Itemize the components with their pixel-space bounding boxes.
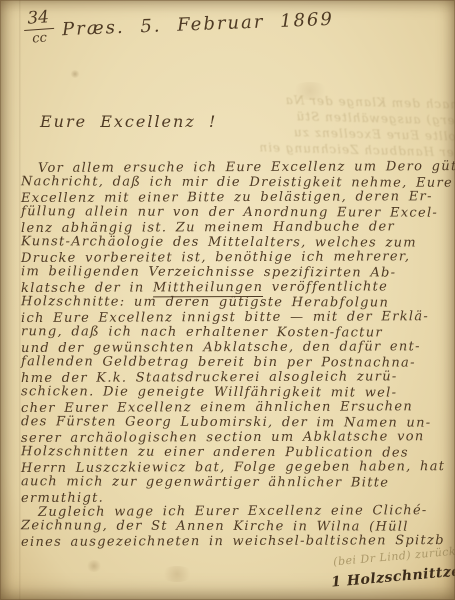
salutation: Eure Excellenz ! [40, 112, 217, 131]
handwritten-line: im beiligenden Verzeichnisse spezifizirt… [21, 264, 455, 281]
paper-stain [70, 70, 80, 78]
handwritten-line: Holzschnitten zu einer anderen Publicati… [21, 444, 455, 461]
body-paragraph-2: Zugleich wage ich Eurer Excellenz eine C… [21, 504, 445, 549]
handwritten-line: Zugleich wage ich Eurer Excellenz eine C… [21, 503, 445, 520]
body-paragraph-1: Vor allem ersuche ich Eure Excellenz um … [21, 160, 455, 505]
ink-bleedthrough-text: (nach dem Klange der Naberg) ausgewählte… [258, 91, 455, 160]
handwritten-line: füllung allein nur von der Anordnung Eur… [21, 204, 455, 221]
paper-stain [160, 566, 194, 582]
registry-number-bottom: cc [24, 29, 55, 46]
paper-stain [86, 560, 102, 572]
handwritten-line: Zeichnung, der St Annen Kirche in Wilna … [21, 518, 445, 534]
handwritten-line: eines ausgezeichneten in weichsel-baltis… [21, 533, 445, 550]
letter-page: 34 cc Præs. 5. Februar 1869 (nach dem Kl… [0, 0, 455, 600]
registry-number: 34 cc [23, 9, 55, 46]
registry-number-top: 34 [23, 9, 54, 31]
handwritten-line: auch mich zur gegenwärtiger ähnlicher Bi… [21, 474, 455, 491]
handwritten-line: fallenden Geldbetrag bereit bin per Post… [21, 354, 455, 371]
handwritten-line: Nachricht, daß ich mir die Dreistigkeit … [21, 174, 455, 191]
handwritten-line: des Fürsten Georg Lubomirski, der im Nam… [21, 414, 455, 431]
praesentatum-date: Præs. 5. Februar 1869 [62, 9, 335, 40]
handwritten-line: schicken. Die geneigte Willfährigkeit mi… [21, 384, 455, 401]
handwritten-line: Holzschnitte: um deren gütigste Herabfol… [21, 294, 455, 311]
handwritten-line: rung, daß ich nach erhaltener Kosten-fac… [21, 324, 455, 341]
handwritten-line: Kunst-Archäologie des Mittelalters, welc… [21, 234, 455, 251]
